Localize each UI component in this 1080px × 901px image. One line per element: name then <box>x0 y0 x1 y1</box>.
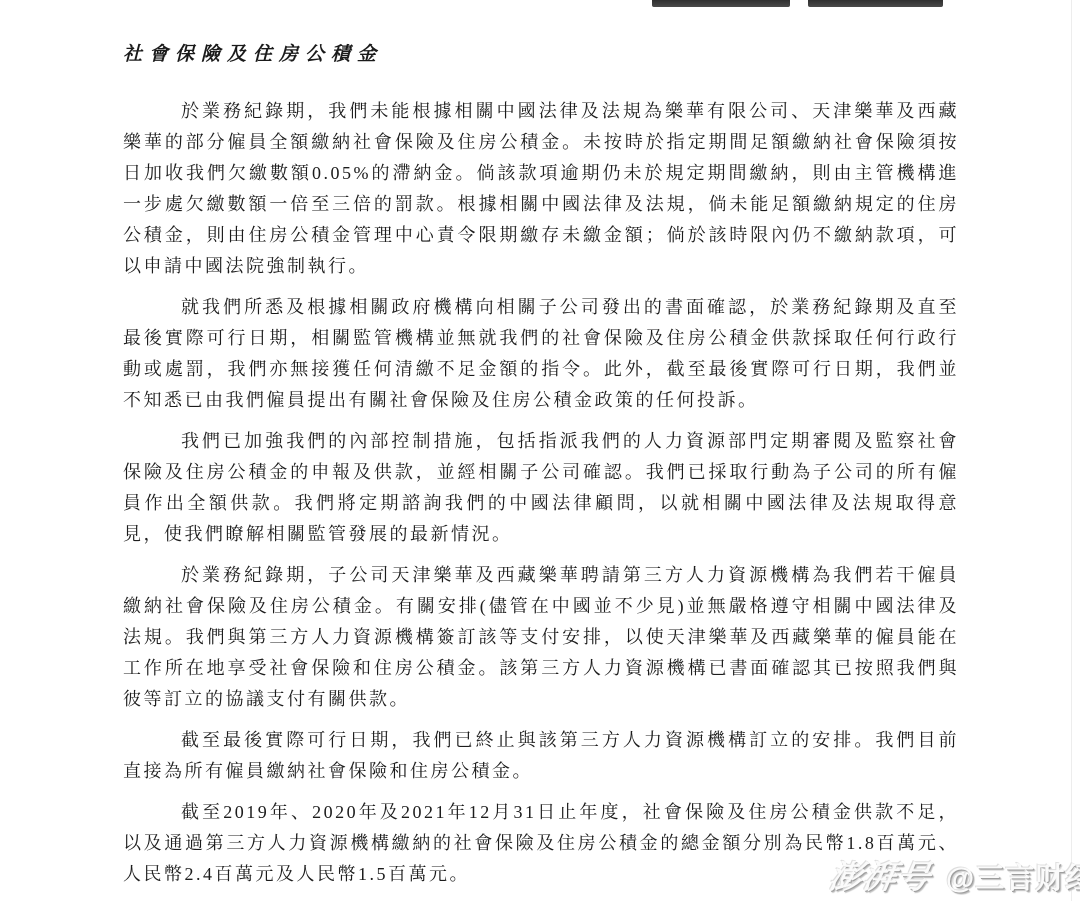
body-paragraph: 截至最後實際可行日期，我們已終止與該第三方人力資源機構訂立的安排。我們目前直接為… <box>123 725 959 787</box>
watermark-account-handle: @三言财经 <box>946 856 1080 897</box>
body-paragraph: 於業務紀錄期，我們未能根據相關中國法律及法規為樂華有限公司、天津樂華及西藏樂華的… <box>123 96 959 282</box>
section-title: 社會保險及住房公積金 <box>123 44 959 66</box>
body-paragraph: 於業務紀錄期，子公司天津樂華及西藏樂華聘請第三方人力資源機構為我們若干僱員繳納社… <box>123 560 959 715</box>
watermark: 澎湃号 @三言财经 <box>830 852 1080 898</box>
body-paragraph: 我們已加強我們的內部控制措施，包括指派我們的人力資源部門定期審閱及監察社會保險及… <box>123 426 959 550</box>
cropped-dark-bar-left <box>652 0 790 7</box>
cropped-dark-bar-right <box>808 0 943 7</box>
pengpai-logo-watermark: 澎湃号 <box>826 852 936 898</box>
body-paragraph: 就我們所悉及根據相關政府機構向相關子公司發出的書面確認，於業務紀錄期及直至最後實… <box>123 292 959 416</box>
document-page: 社會保險及住房公積金 於業務紀錄期，我們未能根據相關中國法律及法規為樂華有限公司… <box>0 0 1080 901</box>
document-body: 社會保險及住房公積金 於業務紀錄期，我們未能根據相關中國法律及法規為樂華有限公司… <box>123 44 959 900</box>
right-edge-rule <box>1071 0 1072 901</box>
